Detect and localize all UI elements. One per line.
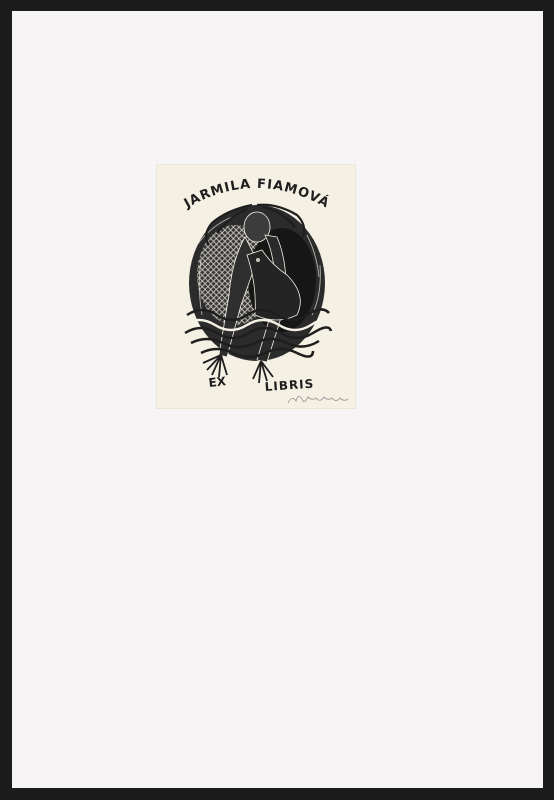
bookplate-card: JARMILA FIAMOVÁ bbox=[157, 165, 355, 408]
engraving-illustration: JARMILA FIAMOVÁ bbox=[157, 165, 355, 408]
pencil-signature bbox=[284, 389, 354, 409]
paper-sheet: JARMILA FIAMOVÁ bbox=[12, 11, 543, 788]
ex-label: EX bbox=[208, 374, 228, 390]
